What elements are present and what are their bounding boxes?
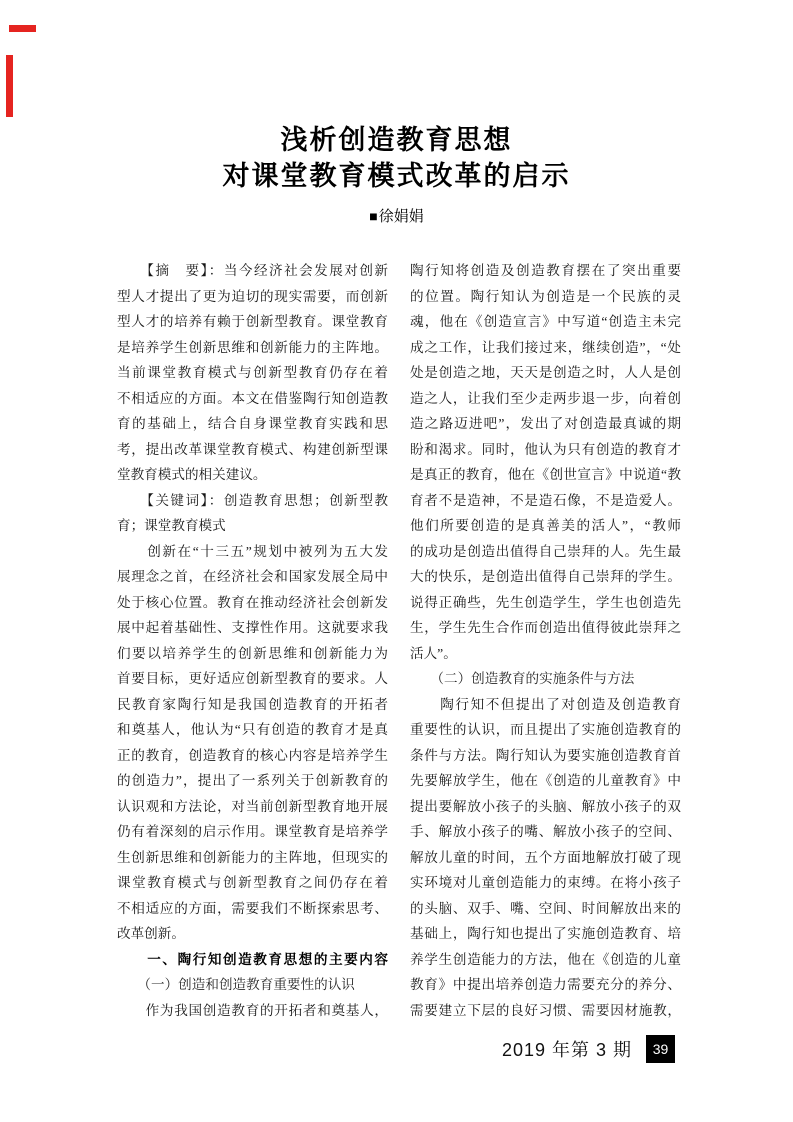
- text-line: 大的快乐，是创造出值得自己崇拜的学生。: [410, 564, 681, 590]
- article-title-line1: 浅析创造教育思想: [0, 122, 793, 158]
- text-line: 【摘 要】：当今经济社会发展对创新: [117, 258, 388, 284]
- text-line: 作为我国创造教育的开拓者和奠基人，: [117, 998, 388, 1024]
- text-line: 型人才的培养有赖于创新型教育。课堂教育: [117, 309, 388, 335]
- text-line: 盼和渴求。同时，他认为只有创造的教育才: [410, 437, 681, 463]
- text-line: 不相适应的方面，需要我们不断探索思考、: [117, 896, 388, 922]
- text-line: 们要以培养学生的创新思维和创新能力为: [117, 641, 388, 667]
- text-line: 考，提出改革课堂教育模式、构建创新型课: [117, 437, 388, 463]
- text-line: 的头脑、双手、嘴、空间、时间解放出来的: [410, 896, 681, 922]
- subsection-heading-line: （一）创造和创造教育重要性的认识: [117, 972, 388, 998]
- text-line: 的成功是创造出值得自己崇拜的人。先生最: [410, 539, 681, 565]
- journal-page: 浅析创造教育思想 对课堂教育模式改革的启示 ■徐娟娟 【摘 要】：当今经济社会发…: [0, 0, 793, 1122]
- text-line: 是培养学生创新思维和创新能力的主阵地。: [117, 335, 388, 361]
- text-line: 需要建立下层的良好习惯、需要因材施教，: [410, 998, 681, 1024]
- text-line: 解放儿童的时间，五个方面地解放打破了现: [410, 845, 681, 871]
- text-line: 当前课堂教育模式与创新型教育仍存在着: [117, 360, 388, 386]
- text-line: 和奠基人，他认为“只有创造的教育才是真: [117, 717, 388, 743]
- text-line: 型人才提出了更为迫切的现实需要，而创新: [117, 284, 388, 310]
- text-line: 首要目标，更好适应创新型教育的要求。人: [117, 666, 388, 692]
- article-title-line2: 对课堂教育模式改革的启示: [0, 158, 793, 194]
- text-line: 手、解放小孩子的嘴、解放小孩子的空间、: [410, 819, 681, 845]
- text-line: 提出要解放小孩子的头脑、解放小孩子的双: [410, 794, 681, 820]
- text-line: 创新在“十三五”规划中被列为五大发: [117, 539, 388, 565]
- text-line: 先要解放学生，他在《创造的儿童教育》中: [410, 768, 681, 794]
- author-name: 徐娟娟: [379, 208, 424, 225]
- left-column: 【摘 要】：当今经济社会发展对创新型人才提出了更为迫切的现实需要，而创新型人才的…: [117, 258, 388, 1023]
- text-line: 展中起着基础性、支撑性作用。这就要求我: [117, 615, 388, 641]
- author-marker-icon: ■: [369, 208, 377, 224]
- text-line: 育者不是造神，不是造石像，不是造爱人。: [410, 488, 681, 514]
- right-column: 陶行知将创造及创造教育摆在了突出重要的位置。陶行知认为创造是一个民族的灵魂，他在…: [410, 258, 681, 1023]
- text-line: 陶行知将创造及创造教育摆在了突出重要: [410, 258, 681, 284]
- text-line: 处是创造之地，天天是创造之时，人人是创: [410, 360, 681, 386]
- text-line: 展理念之首，在经济社会和国家发展全局中: [117, 564, 388, 590]
- scan-mark-vertical: [6, 55, 13, 117]
- text-line: 课堂教育模式与创新型教育之间仍存在着: [117, 870, 388, 896]
- text-line: 重要性的认识，而且提出了实施创造教育的: [410, 717, 681, 743]
- scan-mark-horizontal: [9, 25, 36, 32]
- text-line: 正的教育，创造教育的核心内容是培养学生: [117, 743, 388, 769]
- text-line: 生，学生先生合作而创造出值得彼此崇拜之: [410, 615, 681, 641]
- text-line: 的创造力”，提出了一系列关于创新教育的: [117, 768, 388, 794]
- text-line: 育的基础上，结合自身课堂教育实践和思: [117, 411, 388, 437]
- text-line: 养学生创造能力的方法，他在《创造的儿童: [410, 947, 681, 973]
- article-title: 浅析创造教育思想 对课堂教育模式改革的启示: [0, 122, 793, 194]
- section-heading-line: 一、陶行知创造教育思想的主要内容: [117, 947, 388, 973]
- subsection-heading-line: （二）创造教育的实施条件与方法: [410, 666, 681, 692]
- text-line: 民教育家陶行知是我国创造教育的开拓者: [117, 692, 388, 718]
- text-line: 育；课堂教育模式: [117, 513, 388, 539]
- page-number-badge: 39: [646, 1035, 675, 1063]
- page-footer: 2019 年第 3 期 39: [502, 1035, 675, 1063]
- text-line: 成之工作，让我们接过来，继续创造”，“处: [410, 335, 681, 361]
- text-line: 处于核心位置。教育在推动经济社会创新发: [117, 590, 388, 616]
- text-line: 改革创新。: [117, 921, 388, 947]
- text-line: 实环境对儿童创造能力的束缚。在将小孩子: [410, 870, 681, 896]
- text-line: 条件与方法。陶行知认为要实施创造教育首: [410, 743, 681, 769]
- text-line: 造之路迈进吧”，发出了对创造最真诚的期: [410, 411, 681, 437]
- text-line: 生创新思维和创新能力的主阵地，但现实的: [117, 845, 388, 871]
- article-body: 【摘 要】：当今经济社会发展对创新型人才提出了更为迫切的现实需要，而创新型人才的…: [117, 258, 681, 1023]
- text-line: 陶行知不但提出了对创造及创造教育: [410, 692, 681, 718]
- text-line: 的位置。陶行知认为创造是一个民族的灵: [410, 284, 681, 310]
- text-line: 是真正的教育，他在《创世宣言》中说道“教: [410, 462, 681, 488]
- text-line: 堂教育模式的相关建议。: [117, 462, 388, 488]
- text-line: 基础上，陶行知也提出了实施创造教育、培: [410, 921, 681, 947]
- text-line: 不相适应的方面。本文在借鉴陶行知创造教: [117, 386, 388, 412]
- author-line: ■徐娟娟: [0, 206, 793, 227]
- text-line: 【关键词】：创造教育思想；创新型教: [117, 488, 388, 514]
- text-line: 魂，他在《创造宣言》中写道“创造主未完: [410, 309, 681, 335]
- text-line: 仍有着深刻的启示作用。课堂教育是培养学: [117, 819, 388, 845]
- issue-info: 2019 年第 3 期: [502, 1036, 632, 1062]
- text-line: 他们所要创造的是真善美的活人”，“教师: [410, 513, 681, 539]
- text-line: 造之人，让我们至少走两步退一步，向着创: [410, 386, 681, 412]
- text-line: 活人”。: [410, 641, 681, 667]
- text-line: 认识观和方法论，对当前创新型教育地开展: [117, 794, 388, 820]
- text-line: 教育》中提出培养创造力需要充分的养分、: [410, 972, 681, 998]
- text-line: 说得正确些，先生创造学生，学生也创造先: [410, 590, 681, 616]
